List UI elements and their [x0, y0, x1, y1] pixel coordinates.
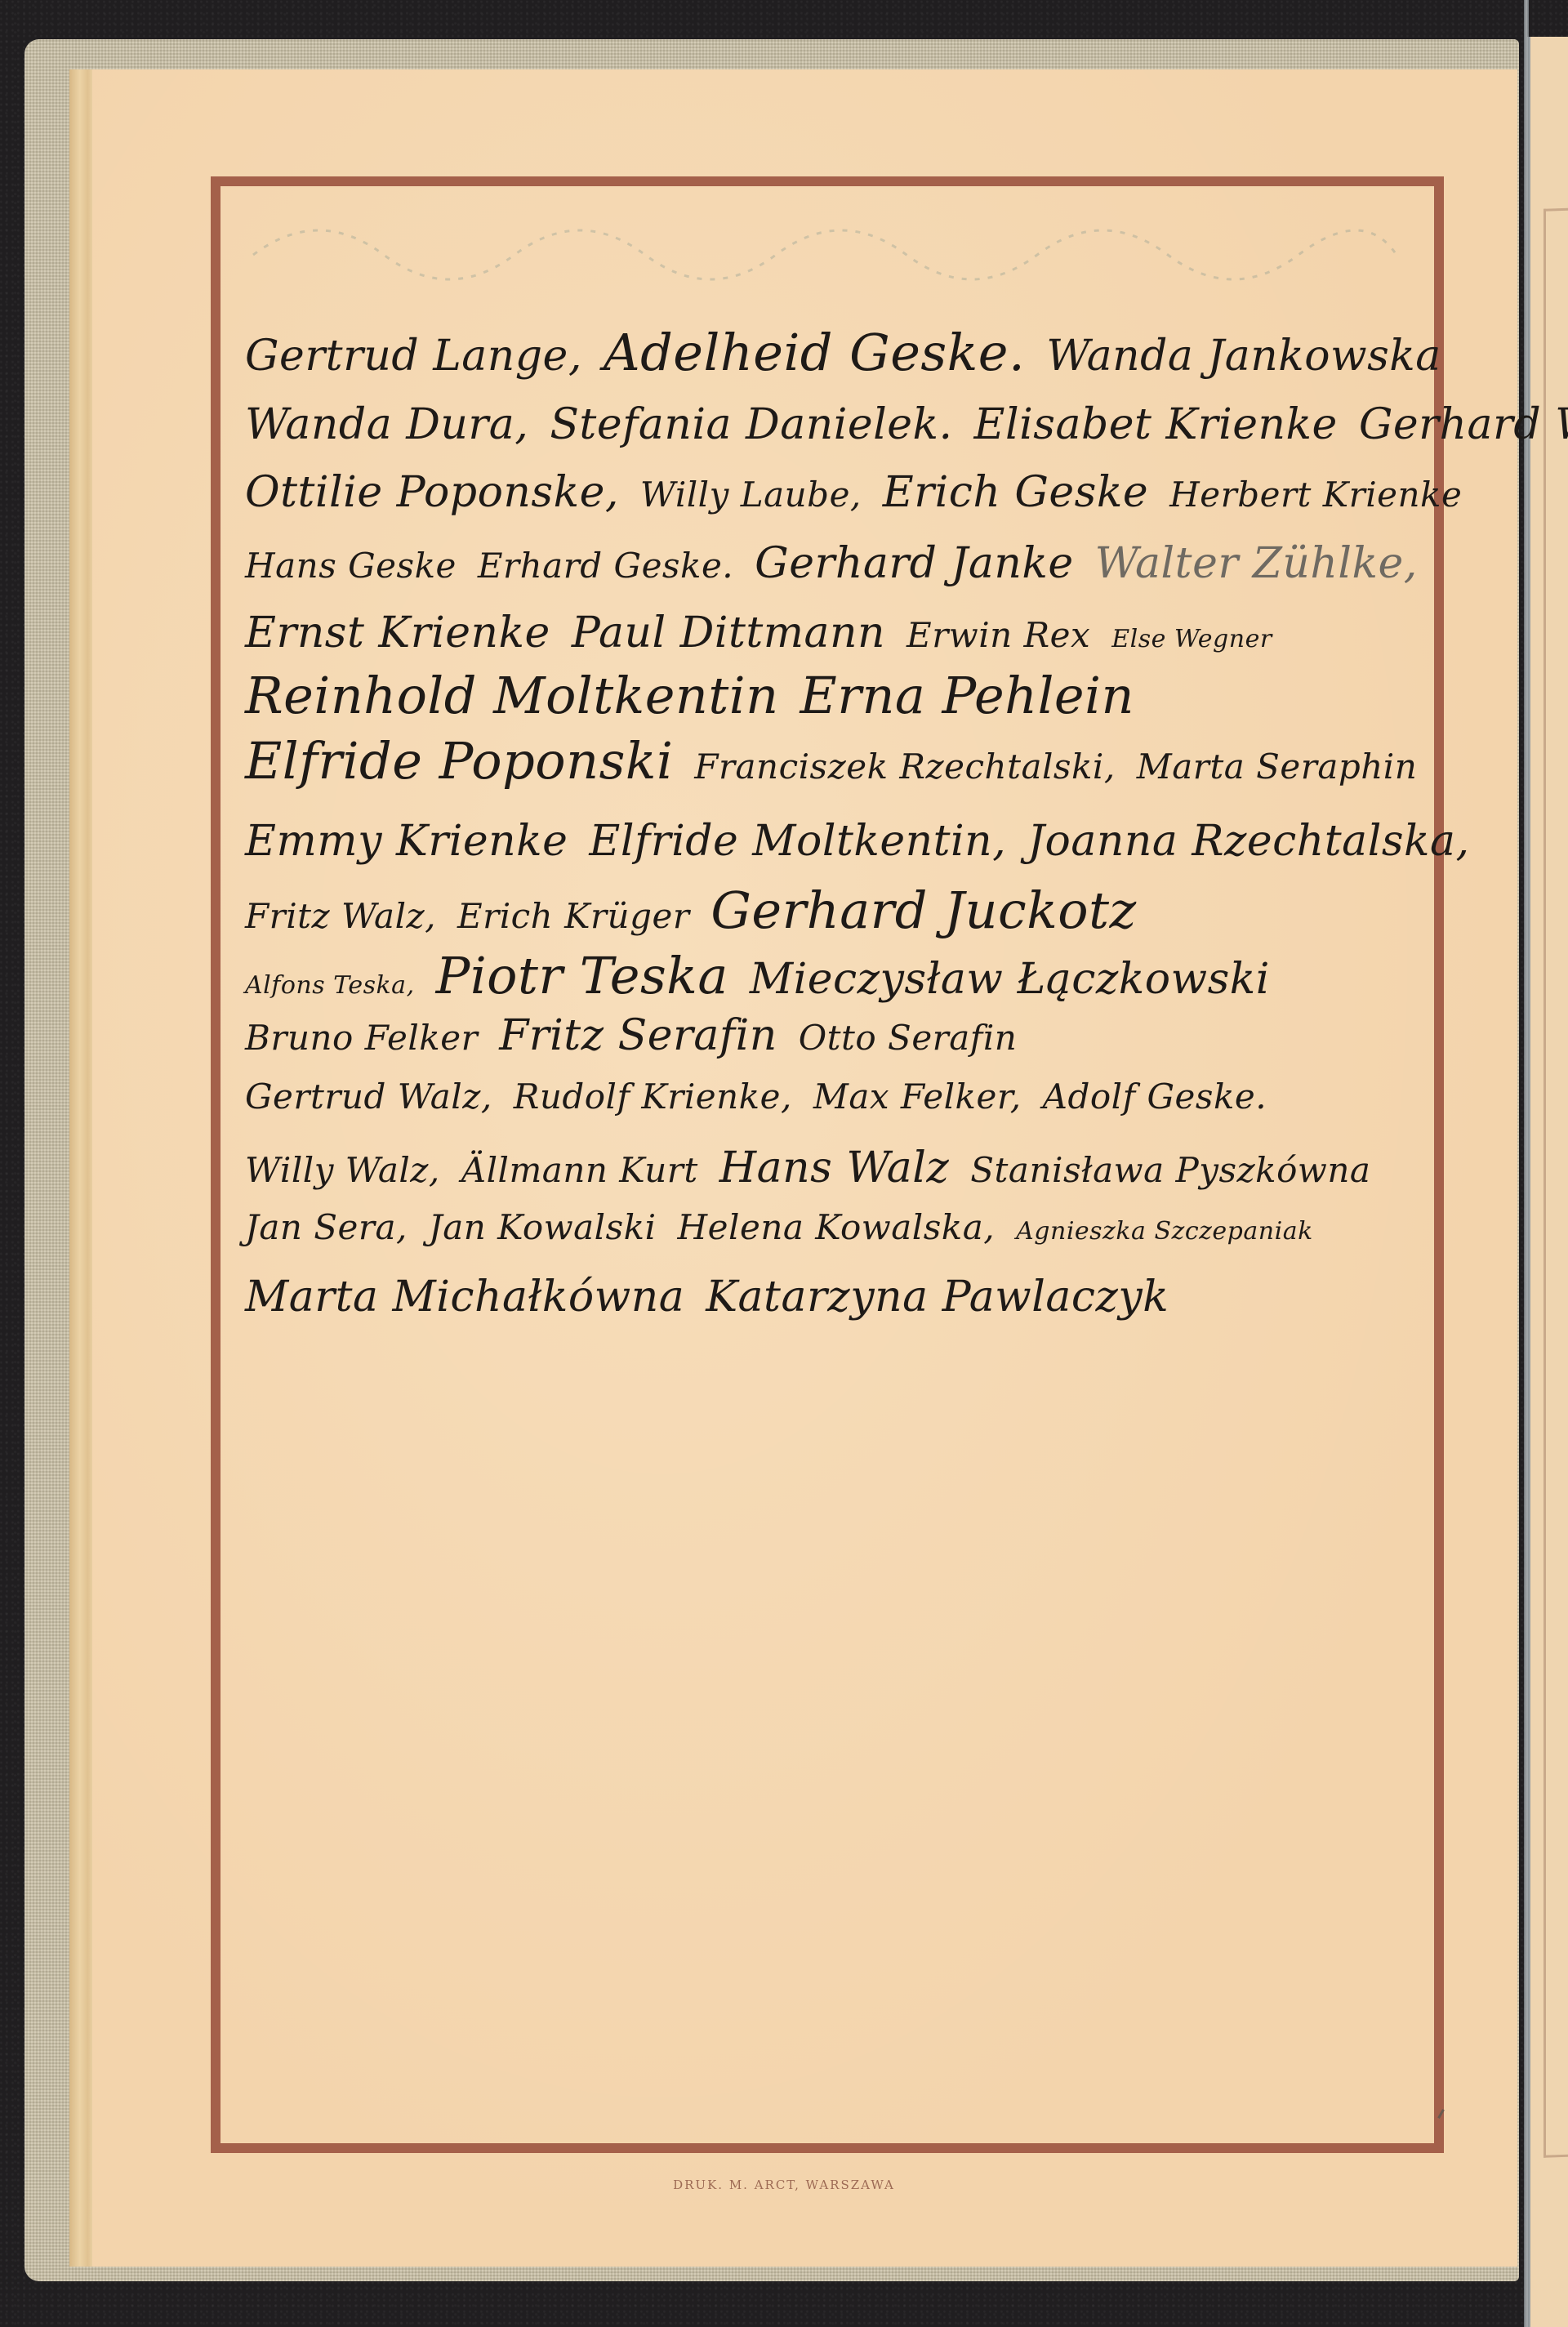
signature: Alfons Teska,	[245, 971, 415, 1000]
signature: Bruno Felker	[245, 1018, 478, 1058]
signature: Stanisława Pyszkówna	[970, 1150, 1370, 1190]
signature: Gerhard Juckotz	[710, 880, 1136, 940]
signature: Marta Michałkówna	[245, 1273, 684, 1322]
signature-line: Wanda Dura, Stefania Danielek. Elisabet …	[245, 400, 1429, 449]
signature: Joanna Rzechtalska,	[1027, 817, 1469, 866]
signature-line: Bruno Felker Fritz Serafin Otto Serafin	[245, 1011, 1429, 1060]
signature: Gertrud Lange,	[245, 332, 582, 381]
signature-line: Hans Geske Erhard Geske. Gerhard Janke W…	[245, 539, 1429, 588]
signature-line: Gertrud Lange, Adelheid Geske. Wanda Jan…	[245, 323, 1429, 382]
signature: Erich Geske	[883, 468, 1148, 517]
signature: Erhard Geske.	[478, 546, 733, 586]
signature: Adelheid Geske.	[604, 323, 1025, 382]
signature: Erwin Rex	[906, 615, 1090, 655]
signature: Katarzyna Pawlaczyk	[706, 1273, 1169, 1322]
signature: Hans Walz	[719, 1143, 950, 1192]
signature: Stefania Danielek.	[550, 400, 952, 449]
signature-line: Emmy Krienke Elfride Moltkentin, Joanna …	[245, 817, 1429, 866]
signature: Max Felker,	[813, 1077, 1022, 1117]
signature-line: Ottilie Poponske, Willy Laube, Erich Ges…	[245, 468, 1429, 517]
signature: Ällmann Kurt	[461, 1150, 698, 1190]
signature-line: Ernst Krienke Paul Dittmann Erwin Rex El…	[245, 608, 1429, 658]
signature: Wanda Jankowska	[1046, 332, 1441, 381]
signature: Helena Kowalska,	[678, 1207, 996, 1247]
signature: Reinhold Moltkentin	[245, 666, 779, 725]
signature-list: Gertrud Lange, Adelheid Geske. Wanda Jan…	[0, 0, 1568, 2327]
signature: Adolf Geske.	[1043, 1077, 1267, 1117]
signature: Walter Zühlke,	[1095, 539, 1418, 588]
signature: Herbert Krienke	[1169, 475, 1462, 515]
signature-line: Willy Walz, Ällmann Kurt Hans Walz Stani…	[245, 1143, 1429, 1192]
signature: Jan Sera,	[245, 1207, 408, 1247]
signature-line: Jan Sera, Jan Kowalski Helena Kowalska, …	[245, 1207, 1429, 1247]
signature: Else Wegner	[1111, 625, 1272, 653]
signature-line: Fritz Walz, Erich Krüger Gerhard Juckotz	[245, 880, 1429, 940]
signature: Paul Dittmann	[572, 608, 885, 658]
signature: Ottilie Poponske,	[245, 468, 619, 517]
signature: Franciszek Rzechtalski,	[694, 747, 1115, 787]
signature-line: Reinhold Moltkentin Erna Pehlein	[245, 666, 1429, 725]
signature: Marta Seraphin	[1137, 747, 1418, 787]
printer-imprint: DRUK. M. ARCT, WARSZAWA	[0, 2178, 1568, 2192]
signature-line: Gertrud Walz, Rudolf Krienke, Max Felker…	[245, 1077, 1429, 1117]
signature: Piotr Teska	[436, 946, 728, 1005]
signature: Fritz Serafin	[499, 1011, 777, 1060]
signature: Rudolf Krienke,	[514, 1077, 792, 1117]
signature: Jan Kowalski	[429, 1207, 657, 1247]
signature: Gerhard Janke	[755, 539, 1073, 588]
signature: Willy Laube,	[640, 475, 862, 515]
signature-line: Alfons Teska, Piotr Teska Mieczysław Łąc…	[245, 946, 1429, 1005]
signature: Otto Serafin	[799, 1018, 1018, 1058]
signature: Elisabet Krienke	[974, 400, 1338, 449]
signature: Ernst Krienke	[245, 608, 550, 658]
signature: Erna Pehlein	[800, 666, 1134, 725]
signature: Hans Geske	[245, 546, 457, 586]
signature: Elfride Poponski	[245, 731, 673, 791]
signature-line: Elfride Poponski Franciszek Rzechtalski,…	[245, 731, 1429, 791]
signature: Wanda Dura,	[245, 400, 528, 449]
signature-line: Marta Michałkówna Katarzyna Pawlaczyk	[245, 1273, 1429, 1322]
signature: Willy Walz,	[245, 1150, 440, 1190]
signature: Elfride Moltkentin,	[589, 817, 1006, 866]
signature: Agnieszka Szczepaniak	[1016, 1217, 1313, 1246]
signature: Mieczysław Łączkowski	[750, 955, 1270, 1004]
signature: Gerhard Walz	[1359, 400, 1568, 449]
signature: Gertrud Walz,	[245, 1077, 492, 1117]
signature: Fritz Walz,	[245, 896, 436, 936]
signature: Emmy Krienke	[245, 817, 568, 866]
signature: Erich Krüger	[457, 896, 689, 936]
